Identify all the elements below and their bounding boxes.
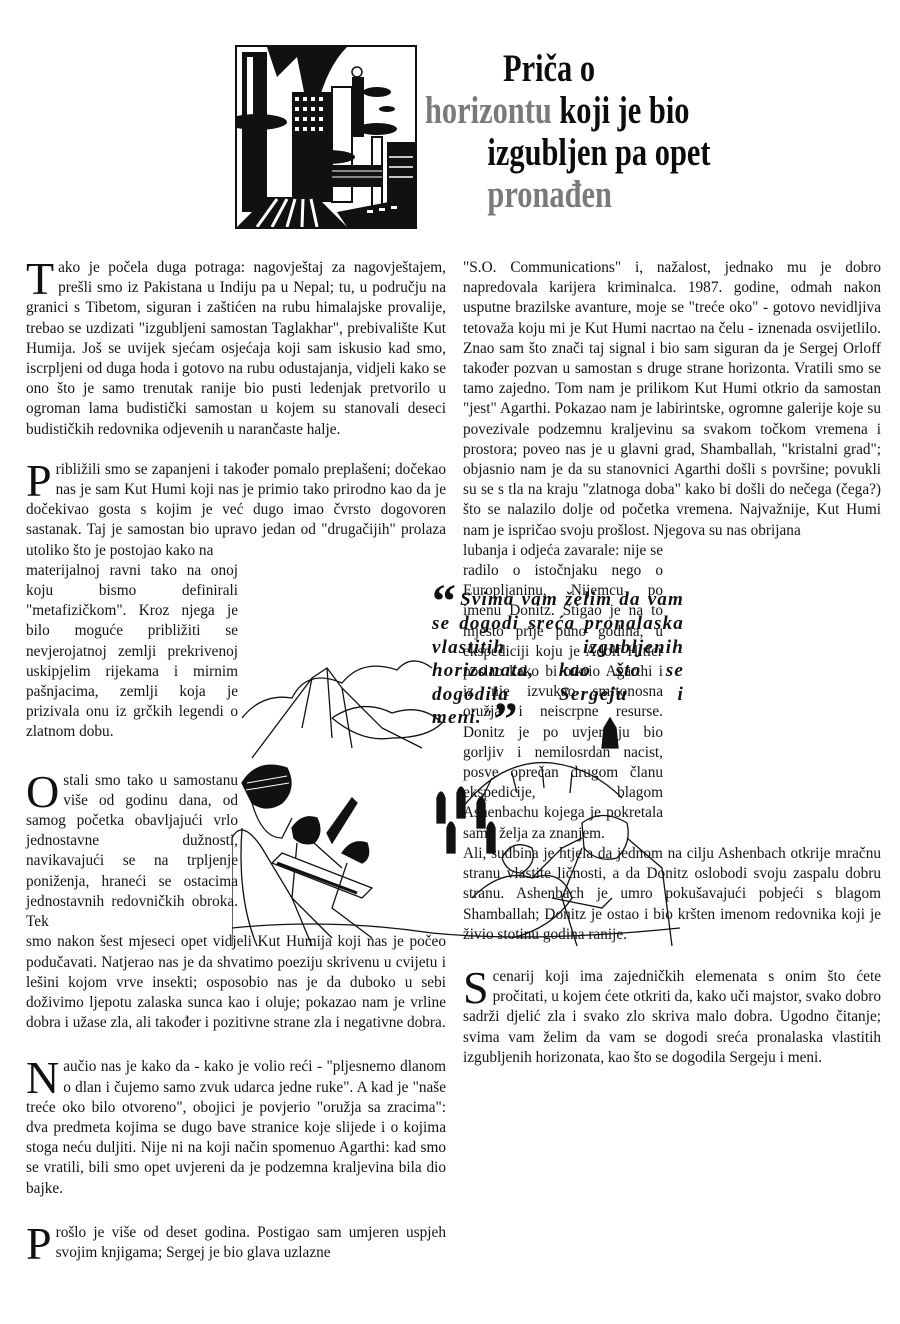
paragraph-2-wrap: materijalnoj ravni tako na onoj koju bis…	[26, 561, 238, 743]
pull-quote-text: Svima vam želim da vam se dogodi sreća p…	[432, 589, 684, 728]
drop-cap: T	[26, 260, 54, 298]
title-line-1: Priča o	[425, 48, 737, 90]
paragraph-3-continued: smo nakon šest mjeseci opet vidjeli Kut …	[26, 932, 446, 1033]
paragraph-4: Naučio nas je kako da - kako je volio re…	[26, 1057, 446, 1198]
paragraph-6: "S.O. Communications" i, nažalost, jedna…	[463, 258, 881, 541]
paragraph-7: Scenarij koji ima zajedničkih elemenata …	[463, 967, 881, 1068]
futuristic-city-illustration	[235, 45, 417, 229]
pull-quote: “ Svima vam želim da vam se dogodi sreća…	[432, 588, 684, 730]
city-illustration-icon	[237, 47, 415, 227]
title-line-3: izgubljen pa opet	[425, 132, 737, 174]
paragraph-2: Približili smo se zapanjeni i također po…	[26, 460, 446, 561]
article-title: Priča o horizontu koji je bio izgubljen …	[425, 48, 737, 216]
close-quote-icon: ”	[494, 693, 515, 746]
paragraph-5: Prošlo je više od deset godina. Postigao…	[26, 1223, 446, 1263]
magazine-page: Priča o horizontu koji je bio izgubljen …	[0, 0, 900, 1324]
paragraph-1: Tako je počela duga potraga: nagovještaj…	[26, 258, 446, 440]
drop-cap: P	[26, 1225, 52, 1263]
title-line-2: horizontu koji je bio	[425, 90, 737, 132]
paragraph-3: Ostali smo tako u samostanu više od godi…	[26, 771, 238, 933]
drop-cap: S	[463, 969, 489, 1007]
drop-cap: P	[26, 462, 52, 500]
drop-cap: O	[26, 773, 59, 811]
drop-cap: N	[26, 1059, 59, 1097]
title-line-4: pronađen	[425, 174, 737, 216]
